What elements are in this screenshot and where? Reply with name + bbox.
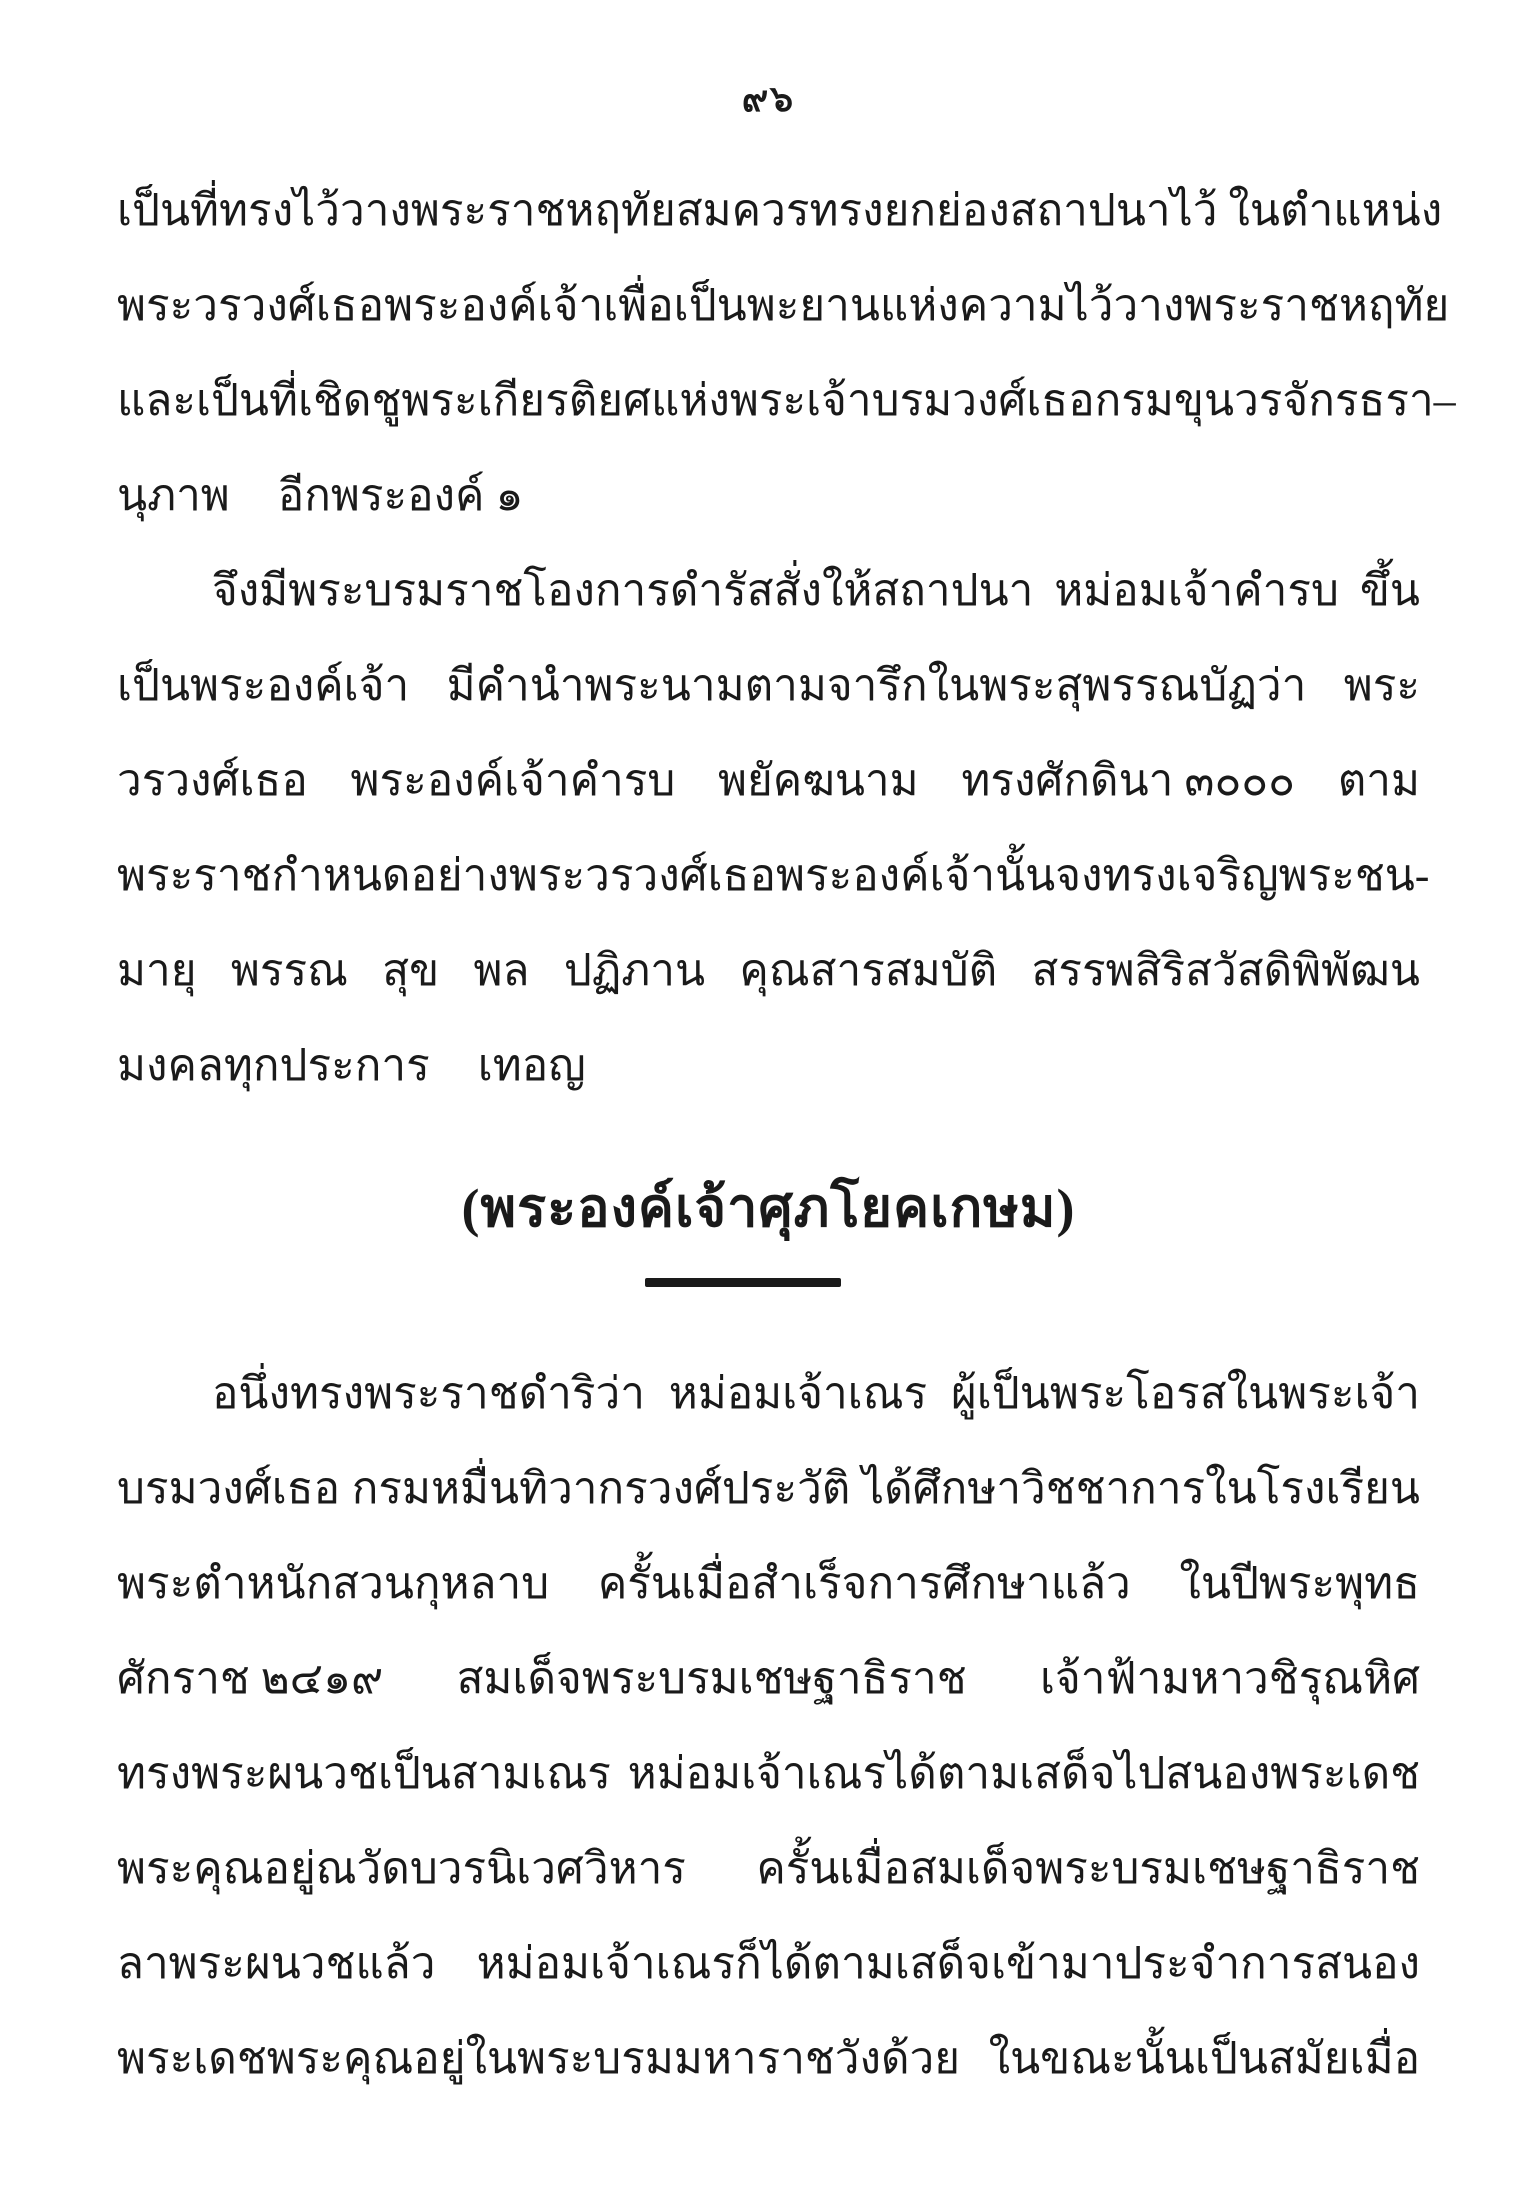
text-segment: กรมขุนวรจักรธรา–	[1095, 365, 1456, 435]
text-line: เป็นที่ทรงไว้วางพระราชหฤทัยสมควรทรงยกย่อ…	[117, 162, 1420, 257]
text-line: มายุพรรณสุขพลปฏิภานคุณสารสมบัติสรรพสิริส…	[117, 922, 1420, 1017]
text-line: พระเดชพระคุณอยู่ในพระบรมมหาราชวังด้วยในข…	[117, 2010, 1420, 2105]
text-segment: กรมหมื่นทิวากรวงศ์ประวัติ	[352, 1453, 851, 1523]
text-segment: เทอญ	[478, 1030, 586, 1100]
text-line: จึงมีพระบรมราชโองการดำรัสสั่งให้สถาปนาหม…	[117, 542, 1420, 637]
text-segment: ศักราช ๒๔๑๙	[117, 1643, 383, 1713]
text-segment: สุข	[382, 935, 439, 1005]
text-segment: มายุ	[117, 935, 197, 1005]
text-segment: มีคำนำพระนามตามจารึกในพระสุพรรณบัฏว่า	[447, 650, 1307, 720]
text-segment: พยัคฆนาม	[718, 745, 919, 815]
text-segment: นุภาพ	[117, 460, 230, 530]
text-segment: ตาม	[1338, 745, 1420, 815]
text-segment: ครั้นเมื่อสมเด็จพระบรมเชษฐาธิราช	[756, 1833, 1420, 1903]
text-segment: พระองค์เจ้าคำรบ	[350, 745, 675, 815]
text-segment: ในขณะนั้นเป็นสมัยเมื่อ	[989, 2023, 1420, 2093]
text-segment: พล	[474, 935, 530, 1005]
text-segment: เป็นที่ทรงไว้วางพระราชหฤทัย	[117, 175, 676, 245]
text-line: วรวงศ์เธอพระองค์เจ้าคำรบพยัคฆนามทรงศักดิ…	[117, 732, 1420, 827]
text-segment: หม่อมเจ้าเณรได้ตามเสด็จไปสนองพระเดช	[628, 1738, 1420, 1808]
text-segment: หม่อมเจ้าเณรก็ได้ตามเสด็จเข้ามาประจำการส…	[477, 1928, 1420, 1998]
text-line: บรมวงศ์เธอกรมหมื่นทิวากรวงศ์ประวัติได้ศึ…	[117, 1440, 1420, 1535]
section-divider-rule	[645, 1278, 841, 1287]
text-line: พระราชกำหนดอย่างพระวรวงศ์เธอพระองค์เจ้าน…	[117, 827, 1420, 922]
text-segment: ลาพระผนวชแล้ว	[117, 1928, 435, 1998]
document-page: ๙๖ เป็นที่ทรงไว้วางพระราชหฤทัยสมควรทรงยก…	[0, 0, 1534, 2209]
text-segment: อนึ่งทรงพระราชดำริว่า	[212, 1358, 645, 1428]
text-segment: พระคุณอยู่ณวัดบวรนิเวศวิหาร	[117, 1833, 686, 1903]
text-segment: วรวงศ์เธอ	[117, 745, 308, 815]
text-segment: พระองค์เจ้านั้น	[776, 840, 1055, 910]
text-segment: อีกพระองค์ ๑	[278, 460, 524, 530]
text-segment: ทรงศักดินา ๓๐๐๐	[961, 745, 1295, 815]
text-segment: ได้ศึกษาวิชชาการในโรงเรียน	[862, 1453, 1420, 1523]
text-segment: พระราชกำหนดอย่างพระวรวงศ์เธอ	[117, 840, 776, 910]
text-segment: สมเด็จพระบรมเชษฐาธิราช	[457, 1643, 967, 1713]
text-line: มงคลทุกประการเทอญ	[117, 1017, 1420, 1112]
page-number: ๙๖	[117, 70, 1420, 118]
text-line: พระคุณอยู่ณวัดบวรนิเวศวิหารครั้นเมื่อสมเ…	[117, 1820, 1420, 1915]
text-segment: เพื่อเป็นพะยานแห่งความไว้วางพระราชหฤทัย	[603, 270, 1449, 340]
text-segment: เจ้าฟ้ามหาวชิรุณหิศ	[1040, 1643, 1420, 1713]
text-segment: พรรณ	[231, 935, 348, 1005]
text-segment: พระวรวงศ์เธอ	[117, 270, 384, 340]
text-segment: จงทรงเจริญพระชน-	[1055, 840, 1429, 910]
text-segment: ในปีพระพุทธ	[1179, 1548, 1420, 1618]
text-segment: ครั้นเมื่อสำเร็จการศึกษาแล้ว	[598, 1548, 1131, 1618]
text-segment: หม่อมเจ้าเณร	[669, 1358, 927, 1428]
text-segment: ขึ้น	[1360, 555, 1420, 625]
text-segment: หม่อมเจ้าคำรบ	[1054, 555, 1339, 625]
text-segment: และเป็นที่เชิดชูพระเกียรติยศแห่งพระเจ้าบ…	[117, 365, 1095, 435]
text-line: อนึ่งทรงพระราชดำริว่าหม่อมเจ้าเณรผู้เป็น…	[117, 1345, 1420, 1440]
text-line: ศักราช ๒๔๑๙สมเด็จพระบรมเชษฐาธิราชเจ้าฟ้า…	[117, 1630, 1420, 1725]
text-line: และเป็นที่เชิดชูพระเกียรติยศแห่งพระเจ้าบ…	[117, 352, 1420, 447]
text-segment: บรมวงศ์เธอ	[117, 1453, 340, 1523]
text-segment: สรรพสิริสวัสดิพิพัฒน	[1032, 935, 1420, 1005]
text-line: นุภาพอีกพระองค์ ๑	[117, 447, 1420, 542]
text-segment: สมควรทรงยกย่องสถาปนาไว้ ในตำแหน่ง	[676, 175, 1442, 245]
text-line: ทรงพระผนวชเป็นสามเณรหม่อมเจ้าเณรได้ตามเส…	[117, 1725, 1420, 1820]
text-segment: พระ	[1344, 650, 1420, 720]
body-text-section-1: เป็นที่ทรงไว้วางพระราชหฤทัยสมควรทรงยกย่อ…	[117, 162, 1420, 1112]
text-segment: พระเดชพระคุณอยู่ในพระบรมมหาราชวังด้วย	[117, 2023, 960, 2093]
text-segment: เป็นพระองค์เจ้า	[117, 650, 409, 720]
section-heading: (พระองค์เจ้าศุภโยคเกษม)	[117, 1164, 1420, 1238]
text-line: เป็นพระองค์เจ้ามีคำนำพระนามตามจารึกในพระ…	[117, 637, 1420, 732]
text-segment: ผู้เป็นพระโอรสในพระเจ้า	[951, 1358, 1420, 1428]
text-segment: ทรงพระผนวชเป็นสามเณร	[117, 1738, 611, 1808]
body-text-section-2: อนึ่งทรงพระราชดำริว่าหม่อมเจ้าเณรผู้เป็น…	[117, 1345, 1420, 2105]
text-line: พระวรวงศ์เธอพระองค์เจ้าเพื่อเป็นพะยานแห่…	[117, 257, 1420, 352]
text-segment: คุณสารสมบัติ	[739, 935, 997, 1005]
text-segment: มงคลทุกประการ	[117, 1030, 430, 1100]
text-segment: พระองค์เจ้า	[384, 270, 603, 340]
text-line: พระตำหนักสวนกุหลาบครั้นเมื่อสำเร็จการศึก…	[117, 1535, 1420, 1630]
text-block: ๙๖ เป็นที่ทรงไว้วางพระราชหฤทัยสมควรทรงยก…	[117, 0, 1420, 2105]
text-segment: พระตำหนักสวนกุหลาบ	[117, 1548, 549, 1618]
text-line: ลาพระผนวชแล้วหม่อมเจ้าเณรก็ได้ตามเสด็จเข…	[117, 1915, 1420, 2010]
text-segment: จึงมีพระบรมราชโองการดำรัสสั่งให้สถาปนา	[212, 555, 1033, 625]
text-segment: ปฏิภาน	[564, 935, 705, 1005]
